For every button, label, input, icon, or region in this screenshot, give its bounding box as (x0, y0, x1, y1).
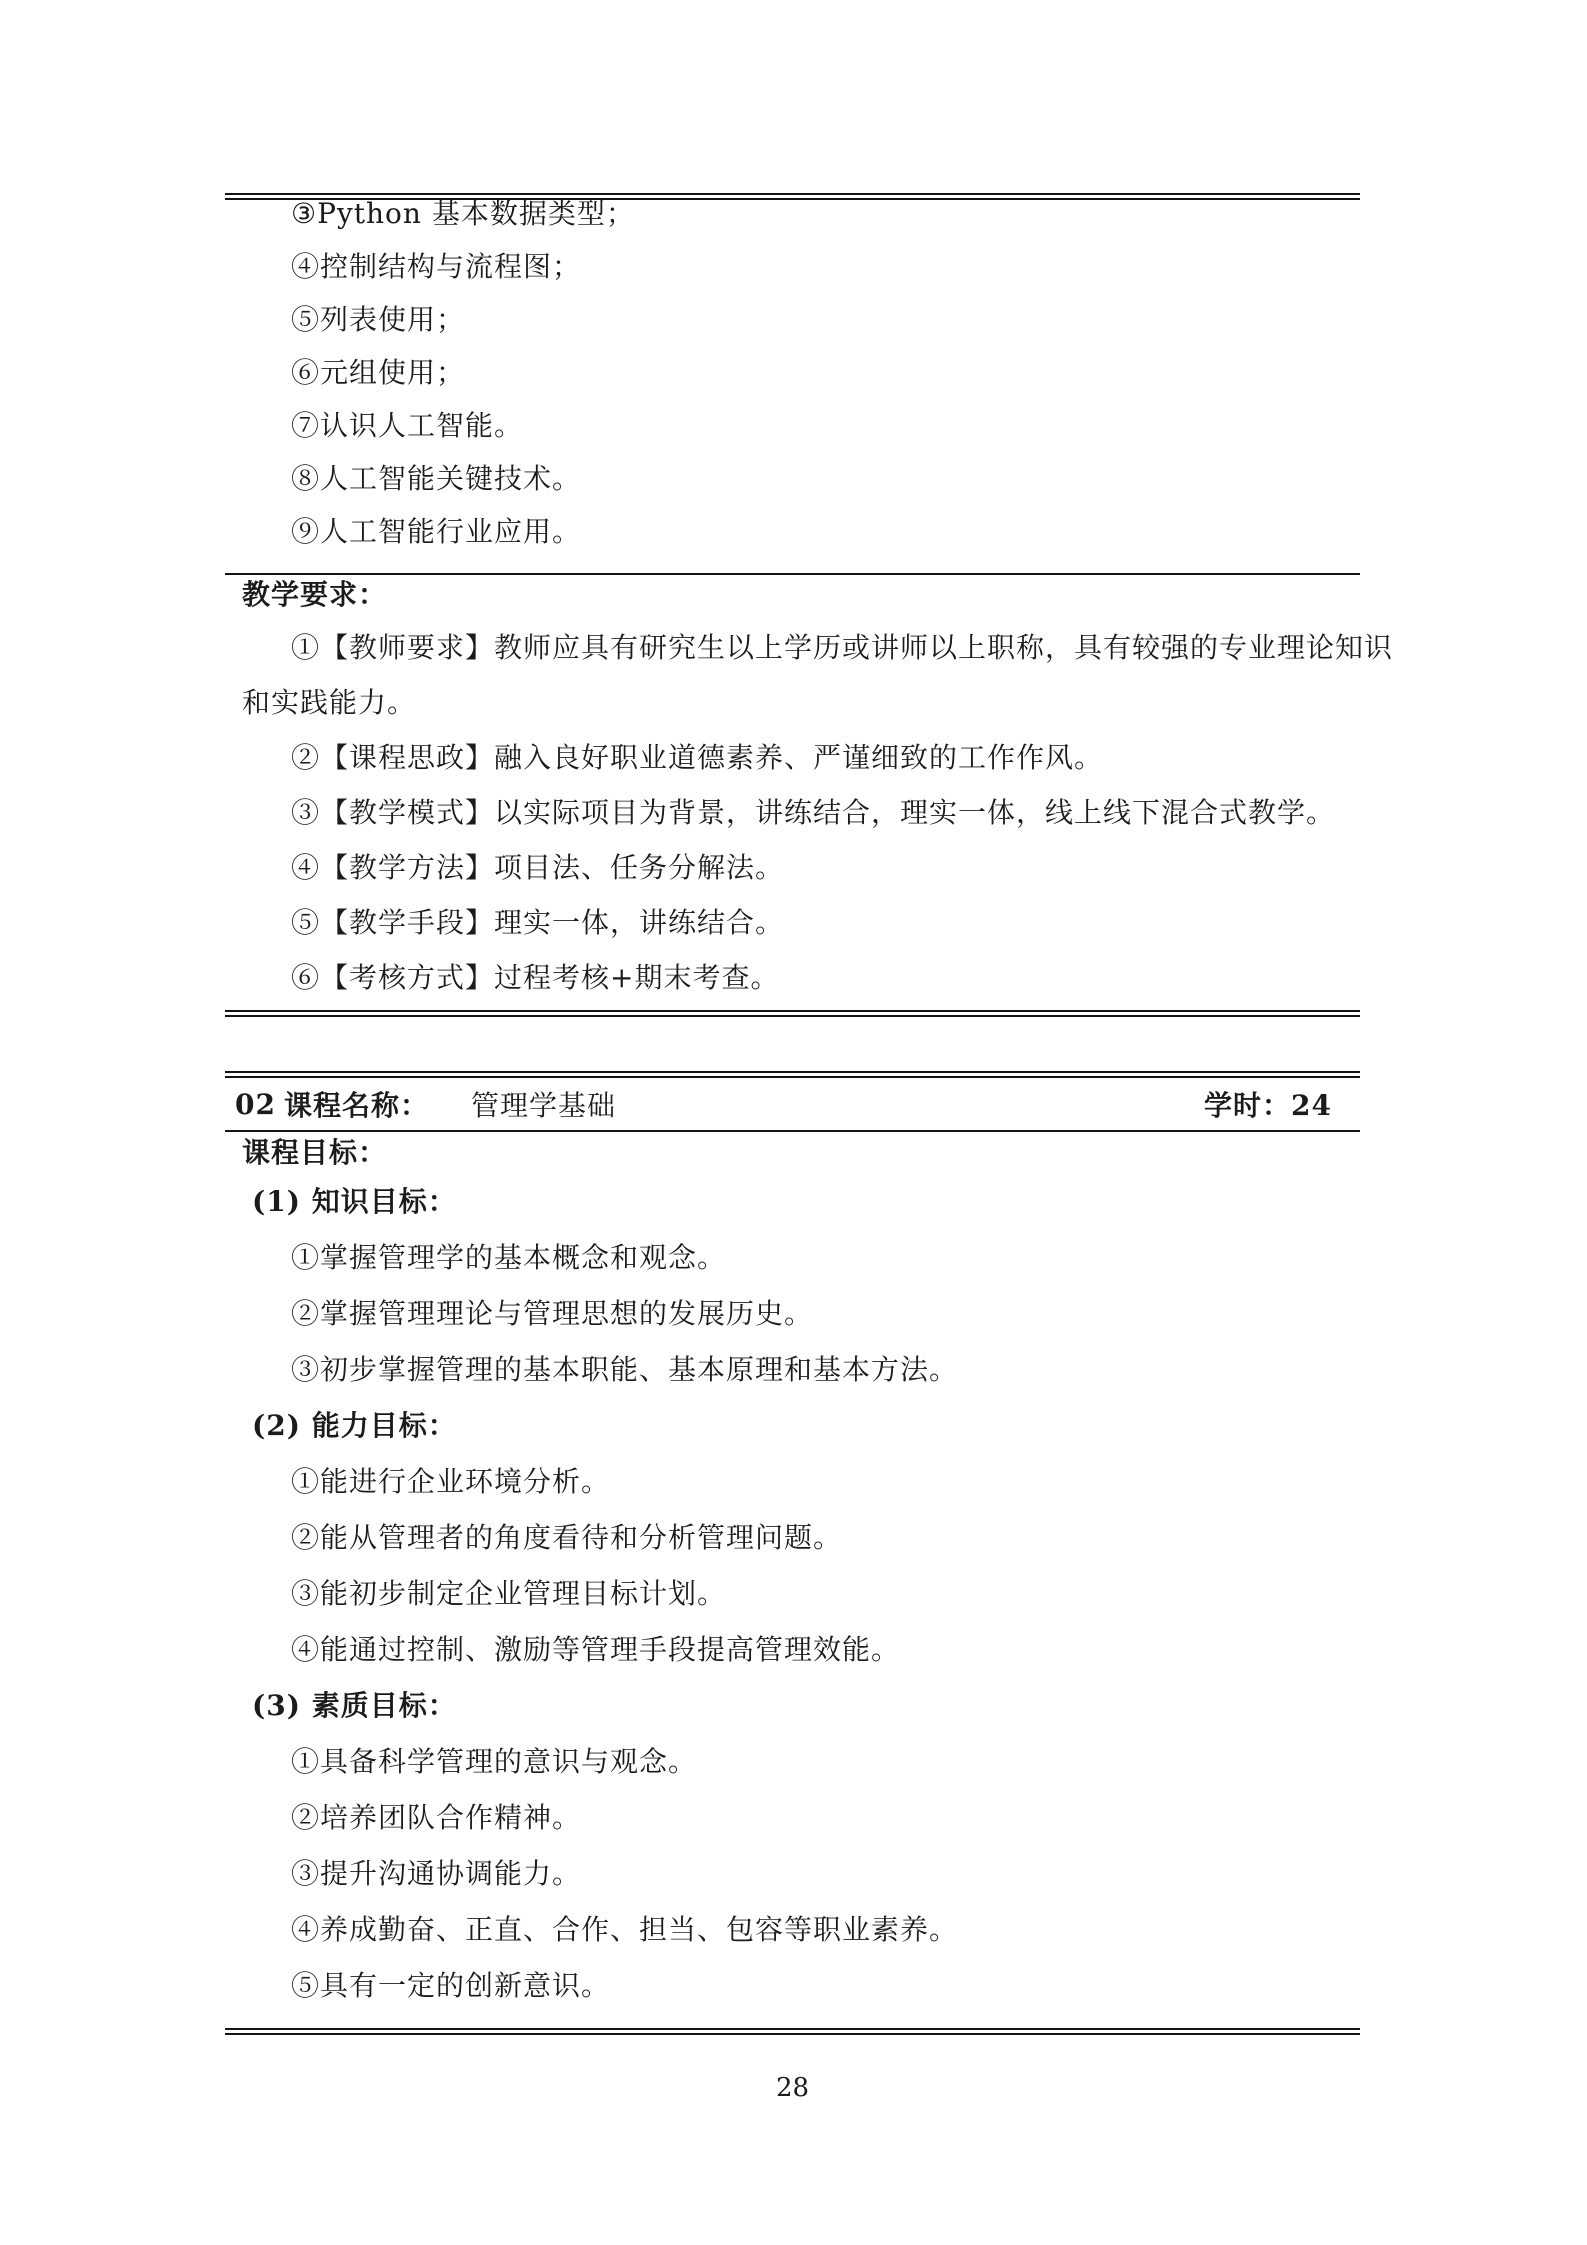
course-number: 02 (235, 1088, 276, 1121)
course-objective-line: (1) 知识目标： (225, 1174, 1360, 1230)
course-content-item: ⑨人工智能行业应用。 (225, 505, 1360, 558)
course-title-row: 02 课程名称： 管理学基础 学时：24 (225, 1078, 1360, 1130)
course-objective-line: ②能从管理者的角度看待和分析管理问题。 (225, 1510, 1360, 1566)
course-objective-line: ①掌握管理学的基本概念和观念。 (225, 1230, 1360, 1286)
table2-bottom-border (225, 2028, 1360, 2035)
teaching-requirement-line: ③【教学模式】以实际项目为背景，讲练结合，理实一体，线上线下混合式教学。 (225, 785, 1360, 840)
page-number: 28 (225, 2073, 1360, 2103)
course-objectives-header: 课程目标： (225, 1132, 1360, 1174)
course-objective-line: ①能进行企业环境分析。 (225, 1454, 1360, 1510)
course-name: 管理学基础 (471, 1084, 616, 1124)
course-content-item: ③Python 基本数据类型； (225, 187, 1360, 240)
table1-bottom-border (225, 1010, 1360, 1017)
course-objective-line: (3) 素质目标： (225, 1678, 1360, 1734)
course-hours: 学时：24 (1204, 1084, 1332, 1124)
teaching-requirement-line: ②【课程思政】融入良好职业道德素养、严谨细致的工作作风。 (225, 730, 1360, 785)
course-objective-line: ③提升沟通协调能力。 (225, 1846, 1360, 1902)
course-objectives-list: (1) 知识目标：①掌握管理学的基本概念和观念。②掌握管理理论与管理思想的发展历… (225, 1174, 1360, 2014)
document-body: ③Python 基本数据类型；④控制结构与流程图；⑤列表使用；⑥元组使用；⑦认识… (225, 193, 1360, 2103)
teaching-requirement-line: 和实践能力。 (225, 675, 1360, 730)
course-objective-line: ③能初步制定企业管理目标计划。 (225, 1566, 1360, 1622)
course-content-item: ⑦认识人工智能。 (225, 399, 1360, 452)
course-objective-line: ⑤具有一定的创新意识。 (225, 1958, 1360, 2014)
teaching-requirement-line: ④【教学方法】项目法、任务分解法。 (225, 840, 1360, 895)
course-objective-line: ③初步掌握管理的基本职能、基本原理和基本方法。 (225, 1342, 1360, 1398)
course-objective-line: (2) 能力目标： (225, 1398, 1360, 1454)
course-objective-line: ②掌握管理理论与管理思想的发展历史。 (225, 1286, 1360, 1342)
course-objectives-section: 课程目标： (1) 知识目标：①掌握管理学的基本概念和观念。②掌握管理理论与管理… (225, 1132, 1360, 2014)
course-objective-line: ④能通过控制、激励等管理手段提高管理效能。 (225, 1622, 1360, 1678)
course-content-item: ⑤列表使用； (225, 293, 1360, 346)
course-content-item: ⑧人工智能关键技术。 (225, 452, 1360, 505)
teaching-requirement-line: ⑥【考核方式】过程考核+期末考查。 (225, 950, 1360, 1005)
teaching-requirements-list: ①【教师要求】教师应具有研究生以上学历或讲师以上职称，具有较强的专业理论知识和实… (225, 620, 1360, 1005)
course-hours-label: 学时： (1204, 1089, 1291, 1122)
course-content-item: ④控制结构与流程图； (225, 240, 1360, 293)
course-content-list: ③Python 基本数据类型；④控制结构与流程图；⑤列表使用；⑥元组使用；⑦认识… (225, 187, 1360, 558)
teaching-requirement-line: ①【教师要求】教师应具有研究生以上学历或讲师以上职称，具有较强的专业理论知识 (225, 620, 1360, 675)
course-hours-value: 24 (1291, 1089, 1332, 1122)
course-objective-line: ④养成勤奋、正直、合作、担当、包容等职业素养。 (225, 1902, 1360, 1958)
course-objective-line: ②培养团队合作精神。 (225, 1790, 1360, 1846)
table2-top-border (225, 1071, 1360, 1078)
teaching-requirements-header: 教学要求： (225, 575, 1360, 615)
document-page: ③Python 基本数据类型；④控制结构与流程图；⑤列表使用；⑥元组使用；⑦认识… (0, 0, 1587, 2245)
course-objective-line: ①具备科学管理的意识与观念。 (225, 1734, 1360, 1790)
teaching-requirements-section: 教学要求： ①【教师要求】教师应具有研究生以上学历或讲师以上职称，具有较强的专业… (225, 575, 1360, 1005)
course-name-label: 课程名称： (284, 1084, 429, 1124)
course-content-item: ⑥元组使用； (225, 346, 1360, 399)
teaching-requirement-line: ⑤【教学手段】理实一体，讲练结合。 (225, 895, 1360, 950)
